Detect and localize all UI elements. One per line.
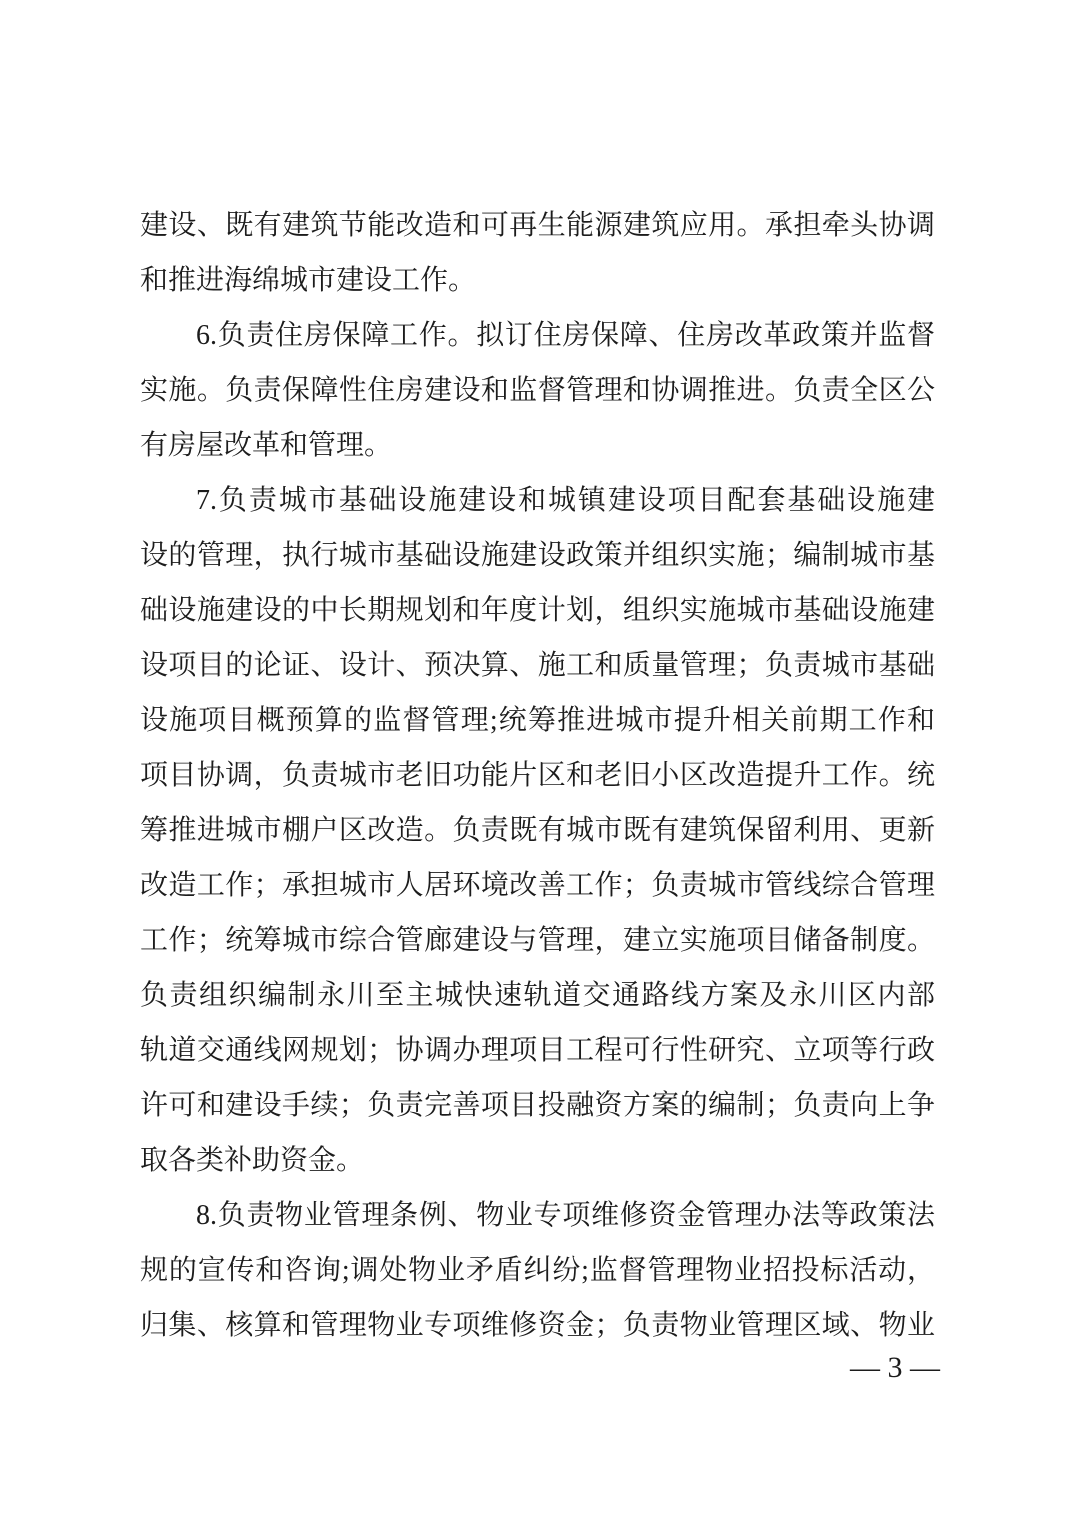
text-line: 建设、既有建筑节能改造和可再生能源建筑应用。承担牵头协调: [140, 198, 935, 253]
text-line: 实施。负责保障性住房建设和监督管理和协调推进。负责全区公: [140, 363, 935, 418]
paragraph-item-8: 8.负责物业管理条例、物业专项维修资金管理办法等政策法 规的宣传和咨询;调处物业…: [140, 1188, 935, 1353]
text-line: 许可和建设手续；负责完善项目投融资方案的编制；负责向上争: [140, 1078, 935, 1133]
text-line: 设的管理，执行城市基础设施建设政策并组织实施；编制城市基: [140, 528, 935, 583]
text-line: 8.负责物业管理条例、物业专项维修资金管理办法等政策法: [140, 1188, 935, 1243]
document-page: 建设、既有建筑节能改造和可再生能源建筑应用。承担牵头协调 和推进海绵城市建设工作…: [0, 0, 1074, 1520]
text-line: 7.负责城市基础设施建设和城镇建设项目配套基础设施建: [140, 473, 935, 528]
page-footer: — 3 —: [850, 1340, 940, 1395]
text-line: 轨道交通线网规划；协调办理项目工程可行性研究、立项等行政: [140, 1023, 935, 1078]
text-line: 和推进海绵城市建设工作。: [140, 253, 935, 308]
text-line: 有房屋改革和管理。: [140, 418, 935, 473]
text-line: 规的宣传和咨询;调处物业矛盾纠纷;监督管理物业招投标活动，: [140, 1243, 935, 1298]
text-line: 础设施建设的中长期规划和年度计划，组织实施城市基础设施建: [140, 583, 935, 638]
text-line: 筹推进城市棚户区改造。负责既有城市既有建筑保留利用、更新: [140, 803, 935, 858]
text-line: 负责组织编制永川至主城快速轨道交通路线方案及永川区内部: [140, 968, 935, 1023]
text-line: 项目协调，负责城市老旧功能片区和老旧小区改造提升工作。统: [140, 748, 935, 803]
text-line: 设施项目概预算的监督管理;统筹推进城市提升相关前期工作和: [140, 693, 935, 748]
paragraph-item-6: 6.负责住房保障工作。拟订住房保障、住房改革政策并监督 实施。负责保障性住房建设…: [140, 308, 935, 473]
text-line: 归集、核算和管理物业专项维修资金；负责物业管理区域、物业: [140, 1298, 935, 1353]
text-line: 6.负责住房保障工作。拟订住房保障、住房改革政策并监督: [140, 308, 935, 363]
text-line: 设项目的论证、设计、预决算、施工和质量管理；负责城市基础: [140, 638, 935, 693]
text-line: 改造工作；承担城市人居环境改善工作；负责城市管线综合管理: [140, 858, 935, 913]
document-body: 建设、既有建筑节能改造和可再生能源建筑应用。承担牵头协调 和推进海绵城市建设工作…: [140, 198, 935, 1353]
paragraph-continuation: 建设、既有建筑节能改造和可再生能源建筑应用。承担牵头协调 和推进海绵城市建设工作…: [140, 198, 935, 308]
text-line: 工作；统筹城市综合管廊建设与管理，建立实施项目储备制度。: [140, 913, 935, 968]
paragraph-item-7: 7.负责城市基础设施建设和城镇建设项目配套基础设施建 设的管理，执行城市基础设施…: [140, 473, 935, 1188]
page-number: — 3 —: [850, 1351, 940, 1384]
text-line: 取各类补助资金。: [140, 1133, 935, 1188]
